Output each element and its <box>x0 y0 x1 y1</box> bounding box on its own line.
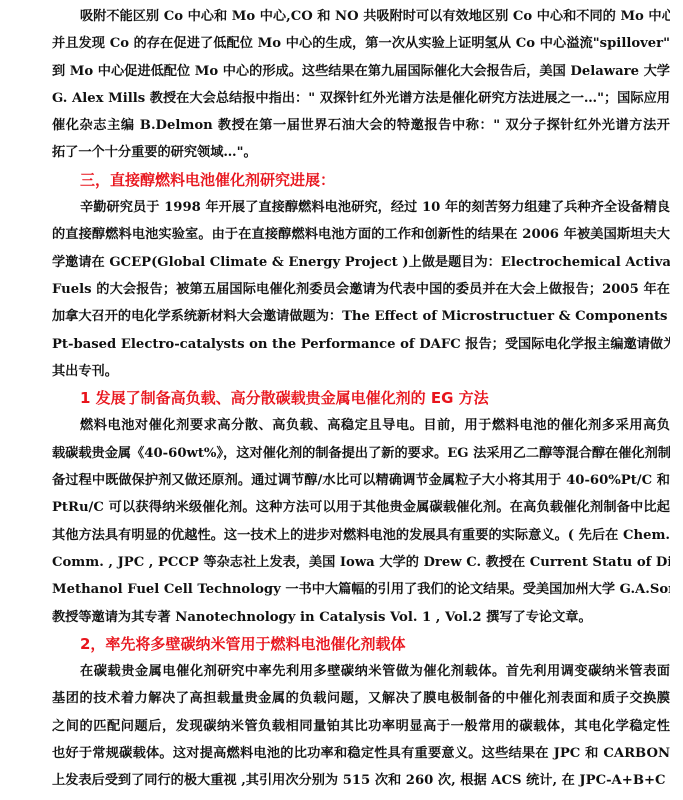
paragraph-line: 学邀请在 GCEP(Global Climate & Energy Projec… <box>52 249 670 276</box>
paragraph-line: 辛勤研究员于 1998 年开展了直接醇燃料电池研究，经过 10 年的刻苦努力组建… <box>52 194 670 221</box>
paragraph-line: Comm. , JPC , PCCP 等杂志社上发表，美国 Iowa 大学的 D… <box>52 549 670 576</box>
section-heading-3: 三，直接醇燃料电池催化剂研究进展： <box>52 167 670 194</box>
paragraph-line: 在碳载贵金属电催化剂研究中率先利用多壁碳纳米管做为催化剂载体。首先利用调变碳纳米… <box>52 658 670 685</box>
paragraph-line: 基团的技术着力解决了高担载量贵金属的负载问题，又解决了膜电极制备的中催化剂表面和… <box>52 685 670 712</box>
paragraph-line: 载碳载贵金属《40-60wt%》，这对催化剂的制备提出了新的要求。EG 法采用乙… <box>52 440 670 467</box>
paragraph-line: 其他方法具有明显的优越性。这一技术上的进步对燃料电池的发展具有重要的实际意义。(… <box>52 522 670 549</box>
paragraph-line: Pt-based Electro-catalysts on the Perfor… <box>52 331 670 358</box>
paragraph-line: 之间的匹配问题后，发现碳纳米管负载相同量铂其比功率明显高于一般常用的碳载体，其电… <box>52 713 670 740</box>
paragraph-line: 催化杂志主编 B.Delmon 教授在第一届世界石油大会的特邀报告中称：" 双分… <box>52 112 670 139</box>
paragraph-line: 吸附不能区别 Co 中心和 Mo 中心,CO 和 NO 共吸附时可以有效地区别 … <box>52 3 670 30</box>
paragraph-line: 的直接醇燃料电池实验室。由于在直接醇燃料电池方面的工作和创新性的结果在 2006… <box>52 221 670 248</box>
paragraph-line: G. Alex Mills 教授在大会总结报中指出：" 双探针红外光谱方法是催化… <box>52 85 670 112</box>
paragraph-line: 其出专刊。 <box>52 358 670 385</box>
paragraph-line: 拓了一个十分重要的研究领域…"。 <box>52 139 670 166</box>
paragraph-line: 备过程中既做保护剂又做还原剂。通过调节醇/水比可以精确调节金属粒子大小将其用于 … <box>52 467 670 494</box>
subsection-heading-1: 1 发展了制备高负载、高分散碳载贵金属电催化剂的 EG 方法 <box>52 385 670 412</box>
paragraph-line: 上发表后受到了同行的极大重视 ,其引用次分别为 515 次和 260 次, 根据… <box>52 767 670 794</box>
paragraph-line: 到 Mo 中心促进低配位 Mo 中心的形成。这些结果在第九届国际催化大会报告后，… <box>52 58 670 85</box>
paragraph-line: PtRu/C 可以获得纳米级催化剂。这种方法可以用于其他贵金属碳载催化剂。在高负… <box>52 494 670 521</box>
paragraph-line: 教授等邀请为其专著 Nanotechnology in Catalysis Vo… <box>52 604 670 631</box>
paragraph-line: 燃料电池对催化剂要求高分散、高负载、高稳定且导电。目前，用于燃料电池的催化剂多采… <box>52 412 670 439</box>
paragraph-line: 也好于常规碳载体。这对提高燃料电池的比功率和稳定性具有重要意义。这些结果在 JP… <box>52 740 670 767</box>
document-page: 吸附不能区别 Co 中心和 Mo 中心,CO 和 NO 共吸附时可以有效地区别 … <box>52 3 670 795</box>
subsection-heading-2: 2，率先将多壁碳纳米管用于燃料电池催化剂载体 <box>52 631 670 658</box>
paragraph-line: 加拿大召开的电化学系统新材料大会邀请做题为：The Effect of Micr… <box>52 303 670 330</box>
paragraph-line: 并且发现 Co 的存在促进了低配位 Mo 中心的生成，第一次从实验上证明氢从 C… <box>52 30 670 57</box>
paragraph-line: Fuels 的大会报告；被第五届国际电催化剂委员会邀请为代表中国的委员并在大会上… <box>52 276 670 303</box>
paragraph-line: Methanol Fuel Cell Technology 一书中大篇幅的引用了… <box>52 576 670 603</box>
